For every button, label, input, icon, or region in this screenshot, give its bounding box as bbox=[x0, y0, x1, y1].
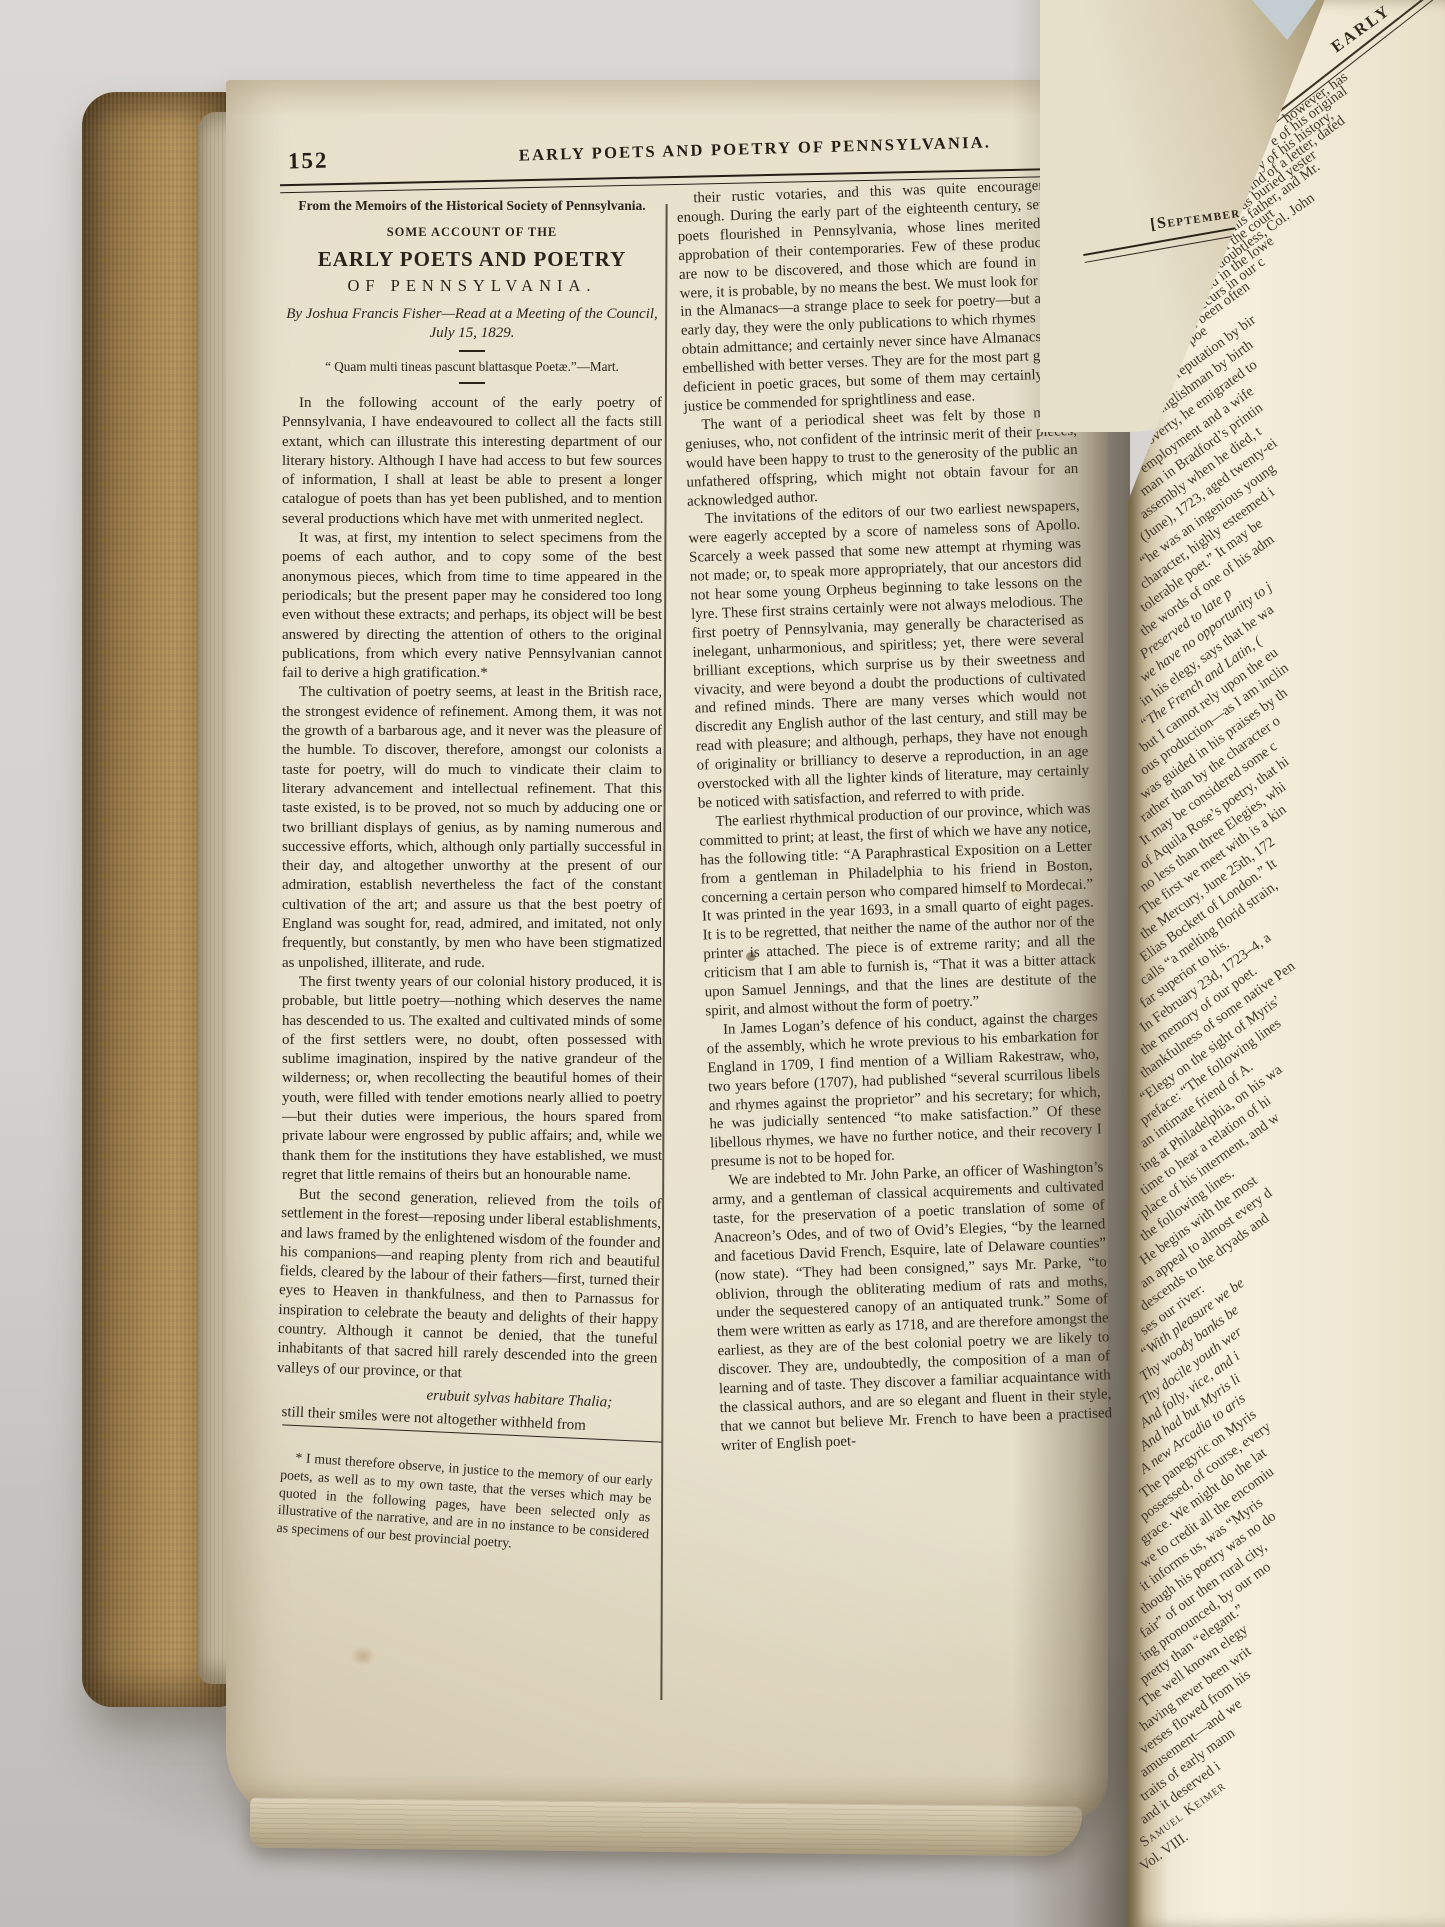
article-heading: From the Memoirs of the Historical Socie… bbox=[282, 198, 662, 384]
left-column: From the Memoirs of the Historical Socie… bbox=[282, 198, 662, 1550]
paragraph: It was, at first, my intention to select… bbox=[282, 529, 662, 683]
dash-rule bbox=[459, 382, 485, 384]
byline: By Joshua Francis Fisher—Read at a Meeti… bbox=[282, 305, 662, 343]
epigraph: “ Quam multi tineas pascunt blattasque P… bbox=[282, 359, 662, 375]
paragraph: In the following account of the early po… bbox=[282, 394, 662, 529]
left-column-text: In the following account of the early po… bbox=[282, 394, 662, 1378]
footnote: * I must therefore observe, in justice t… bbox=[276, 1448, 653, 1561]
article-title: EARLY POETS AND POETRY bbox=[282, 247, 662, 272]
paragraph: But the second generation, relieved from… bbox=[277, 1185, 662, 1389]
dash-rule bbox=[459, 350, 485, 352]
heading-account: SOME ACCOUNT OF THE bbox=[282, 225, 662, 240]
page-number: 152 bbox=[288, 147, 329, 174]
paragraph: The cultivation of poetry seems, at leas… bbox=[282, 683, 662, 972]
bottom-page-edges bbox=[250, 1798, 1082, 1857]
book-photo: 152 EARLY POETS AND POETRY OF PENNSYLVAN… bbox=[0, 0, 1445, 1927]
stain bbox=[350, 1646, 376, 1666]
article-subtitle: OF PENNSYLVANIA. bbox=[282, 276, 662, 296]
paragraph: The first twenty years of our colonial h… bbox=[282, 973, 662, 1185]
heading-source: From the Memoirs of the Historical Socie… bbox=[282, 198, 662, 214]
